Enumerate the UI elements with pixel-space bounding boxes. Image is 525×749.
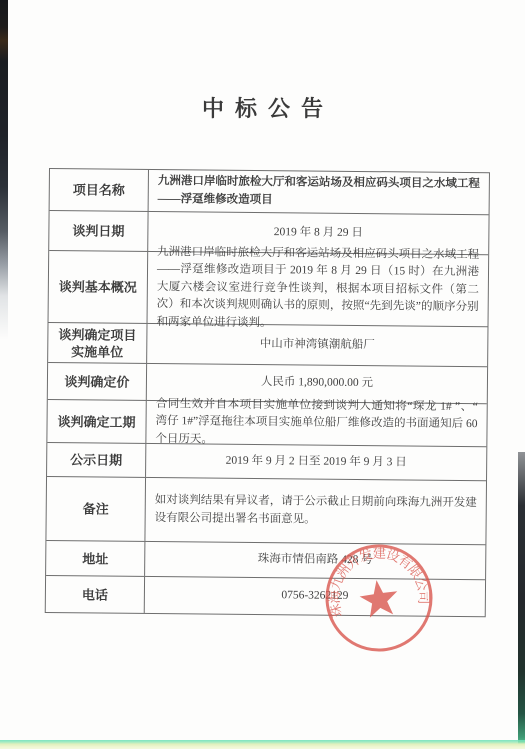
table-row-remarks: 备注 如对谈判结果有异议者，请于公示截止日期前向珠海九洲开发建设有限公司提出署名… xyxy=(46,477,486,545)
row-value: 中山市神湾镇潮航船厂 xyxy=(147,324,487,366)
row-label: 谈判基本概况 xyxy=(49,251,149,323)
row-label: 公示日期 xyxy=(47,443,146,477)
table-row-construction-period: 谈判确定工期 合同生效并自本项目实施单位接到谈判人通知将“琛龙 1# ”、“ 湾… xyxy=(47,400,486,447)
row-label: 电话 xyxy=(46,576,145,613)
row-label: 项目名称 xyxy=(50,169,149,211)
scan-artifact-left-edge xyxy=(0,0,8,340)
row-label: 地址 xyxy=(46,541,145,576)
row-label: 谈判确定工期 xyxy=(47,400,146,443)
row-label: 谈判确定项目实施单位 xyxy=(48,323,147,363)
row-value: 珠海市情侣南路 428 号 xyxy=(145,542,485,579)
row-label: 谈判确定价 xyxy=(48,363,147,400)
table-row-negotiation-overview: 谈判基本概况 九洲港口岸临时旅检大厅和客运站场及相应码头项目之水域工程——浮趸维… xyxy=(49,251,489,327)
row-value: 九洲港口岸临时旅检大厅和客运站场及相应码头项目之水域工程——浮趸维修改造项目于 … xyxy=(148,252,489,326)
row-value: 0756-3262129 xyxy=(145,577,485,616)
row-value: 2019 年 9 月 2 日至 2019 年 9 月 3 日 xyxy=(146,444,486,480)
table-row-phone: 电话 0756-3262129 xyxy=(46,576,485,616)
scanned-document-page: 中标公告 项目名称 九洲港口岸临时旅检大厅和客运站场及相应码头项目之水域工程——… xyxy=(0,0,525,749)
row-value: 如对谈判结果有异议者，请于公示截止日期前向珠海九洲开发建设有限公司提出署名书面意… xyxy=(145,478,486,544)
scan-artifact-bottom-edge xyxy=(0,740,525,749)
row-value: 合同生效并自本项目实施单位接到谈判人通知将“琛龙 1# ”、“ 湾仔 1#”浮趸… xyxy=(146,401,486,446)
table-row-project-name: 项目名称 九洲港口岸临时旅检大厅和客运站场及相应码头项目之水域工程——浮趸维修改… xyxy=(50,169,489,215)
table-row-address: 地址 珠海市情侣南路 428 号 xyxy=(46,541,485,580)
table-row-implementing-unit: 谈判确定项目实施单位 中山市神湾镇潮航船厂 xyxy=(48,323,487,367)
row-label: 谈判日期 xyxy=(49,211,148,251)
row-label: 备注 xyxy=(46,477,146,541)
table-row-publicity-date: 公示日期 2019 年 9 月 2 日至 2019 年 9 月 3 日 xyxy=(47,443,486,481)
scan-artifact-right-edge xyxy=(518,452,525,749)
row-value: 九洲港口岸临时旅检大厅和客运站场及相应码头项目之水域工程——浮趸维修改造项目 xyxy=(149,170,489,214)
announcement-table: 项目名称 九洲港口岸临时旅检大厅和客运站场及相应码头项目之水域工程——浮趸维修改… xyxy=(45,168,490,617)
page-title: 中标公告 xyxy=(0,92,525,123)
